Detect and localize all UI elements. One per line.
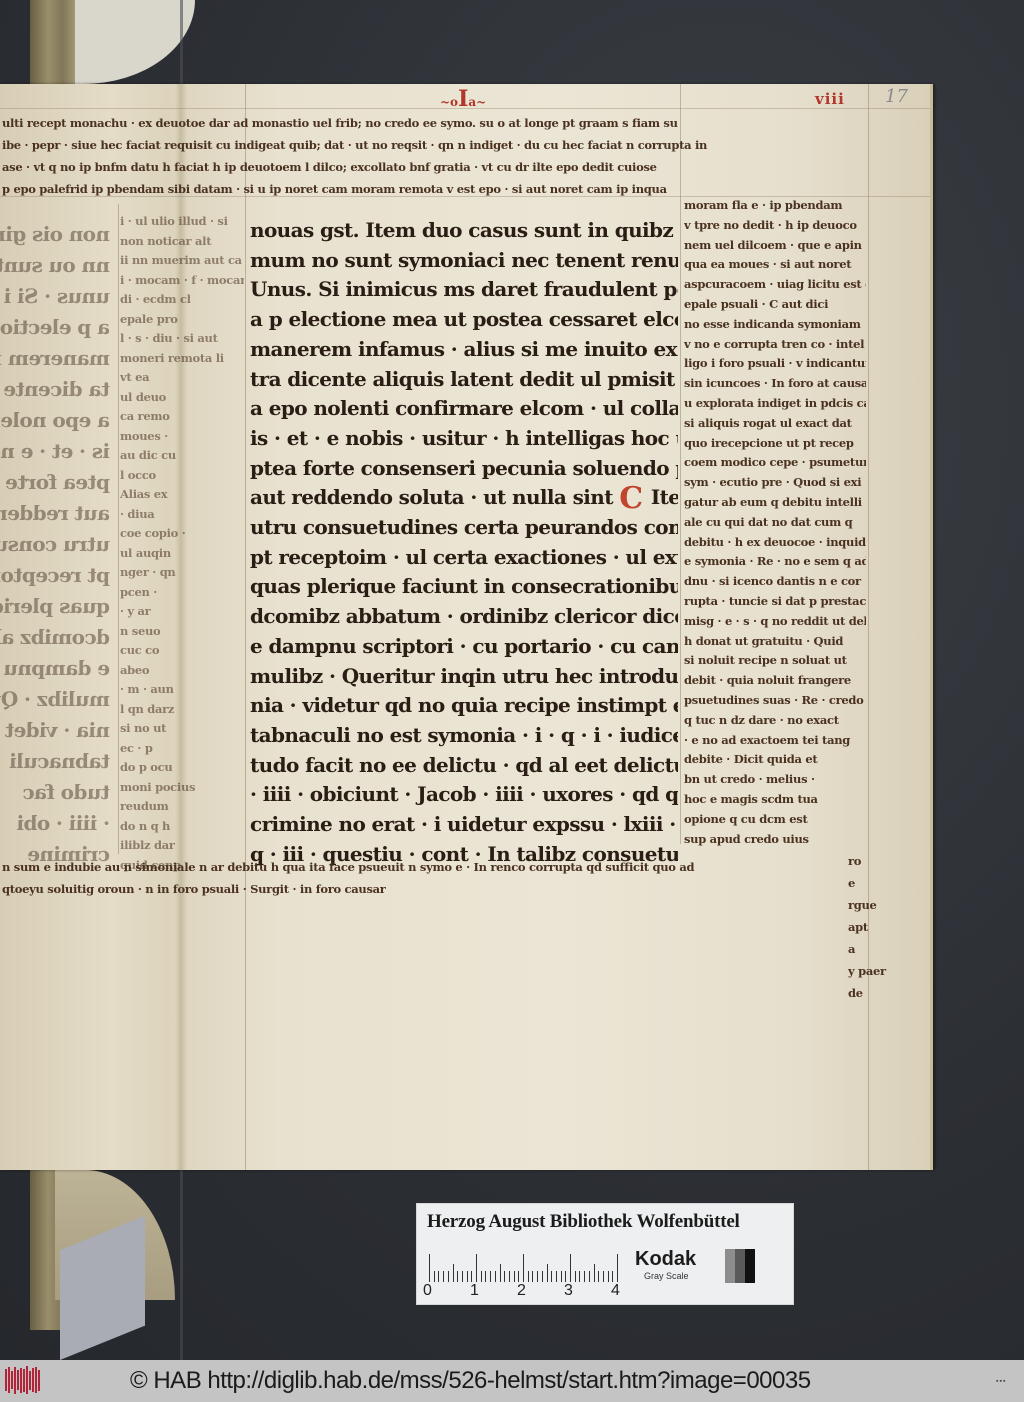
running-head-ornament: ~o [440, 95, 458, 109]
gloss-line: gatur ab eum q debitu intelli [684, 495, 866, 509]
gloss-line: ul deuo [120, 390, 244, 404]
show-through-line: is · et · e nobis [0, 439, 110, 463]
logo-bar [11, 1371, 13, 1389]
ruler-tick [462, 1271, 463, 1282]
ruler-tick [528, 1271, 529, 1282]
logo-bar [32, 1368, 34, 1392]
logo-bar [23, 1369, 25, 1392]
margin-fragment: y paer [848, 964, 888, 978]
show-through-line: nia · videt [0, 718, 110, 742]
gloss-line: si aliquis rogat ul exact dat [684, 416, 866, 430]
ruler-tick [504, 1271, 505, 1282]
logo-bar [20, 1368, 22, 1393]
margin-rule [868, 84, 869, 1170]
margin-fragment: a [848, 942, 888, 956]
running-head: ~oIa~ [440, 86, 486, 112]
margin-fragment: ro [848, 854, 888, 868]
show-through-line: unus · Si i uni [0, 284, 110, 308]
gloss-line: si noluit recipe n soluat ut [684, 653, 866, 667]
gloss-line: di · ecdm cl [120, 292, 244, 306]
gloss-line: q tuc n dz dare · no exact [684, 713, 866, 727]
gloss-line: epale psuali · C aut dici [684, 297, 866, 311]
running-head-ornament: a~ [468, 95, 486, 109]
margin-fragment: apt [848, 920, 888, 934]
ruler-tick [518, 1271, 519, 1282]
gloss-line: debitu · h ex deuocoe · inquid [684, 535, 866, 549]
gloss-line: psuetudines suas · Re · credo [684, 693, 866, 707]
gloss-line: aspcuracoem · uiag licitu est dare [684, 277, 866, 291]
logo-bar [35, 1367, 37, 1393]
ruler-tick [448, 1271, 449, 1282]
ruler-tick [434, 1271, 435, 1282]
gloss-line: ulti recept monachu · ex deuotoe dar ad … [2, 116, 882, 130]
ruler-label: 1 [470, 1282, 479, 1300]
gloss-line: coe copio · [120, 526, 244, 540]
show-through-line: ta dicente a [0, 377, 110, 401]
gloss-line: qua ea moues · si aut noret [684, 257, 866, 271]
gloss-line: do p ocu [120, 760, 244, 774]
ruler-label: 3 [564, 1282, 573, 1300]
show-through-line: utru consuet [0, 532, 110, 556]
gloss-line: u explorata indiget in pdcis cau [684, 396, 866, 410]
ruler-tick [547, 1264, 548, 1282]
gloss-line: do n q h [120, 819, 244, 833]
ruling-line [0, 196, 930, 197]
ruler-tick [500, 1264, 501, 1282]
gloss-line: ase · vt q no ip bnfm datu h faciat h ip… [2, 160, 882, 174]
show-through-line: e dampnu s [0, 656, 110, 680]
gloss-line: n seuo [120, 624, 244, 638]
ruler-tick [598, 1271, 599, 1282]
gloss-line: sup apud credo uius [684, 832, 866, 846]
gloss-line: · y ar [120, 604, 244, 618]
text-line: crimine no erat · i uidetur expssu · lxi… [250, 812, 678, 836]
logo-bar [26, 1366, 28, 1394]
text-line: dcomibz abbatum · ordinibz clericor dice… [250, 604, 678, 628]
show-through-line: nn ou sunt io [0, 253, 110, 277]
gloss-line: debit · quia noluit frangere [684, 673, 866, 687]
text-line: mulibz · Queritur inqin utru hec introdu… [250, 664, 678, 688]
viewer-footer-bar: © HAB http://diglib.hab.de/mss/526-helms… [0, 1360, 1024, 1402]
show-through-line: dcomibz abba [0, 625, 110, 649]
column-rule-right [680, 84, 681, 844]
logo-bar [38, 1370, 40, 1391]
gloss-line: moues · [120, 429, 244, 443]
show-through-line: a p electione mea [0, 315, 110, 339]
gloss-line: ca remo [120, 409, 244, 423]
margin-fragment: rgue [848, 898, 888, 912]
text-line: a p electione mea ut postea cessaret elc… [250, 307, 678, 331]
text-after-initial: Item queri [645, 485, 678, 509]
gloss-line: debite · Dicit quida et [684, 752, 866, 766]
gloss-line: iliblz dar [120, 838, 244, 852]
gloss-line: l qn darz [120, 702, 244, 716]
ruler-tick [457, 1271, 458, 1282]
ruler-tick [594, 1264, 595, 1282]
ruler-tick [467, 1271, 468, 1282]
logo-bar [17, 1370, 19, 1390]
copyright-link[interactable]: © HAB http://diglib.hab.de/mss/526-helms… [130, 1367, 811, 1395]
ruler-tick [481, 1271, 482, 1282]
text-line: pt receptoim · ul certa exactiones · ul … [250, 545, 678, 569]
ruler-tick [603, 1271, 604, 1282]
ruler-tick [438, 1271, 439, 1282]
gloss-line: dnu · si icenco dantis n e cor [684, 574, 866, 588]
gray-patch [745, 1249, 755, 1283]
ruler-tick [589, 1271, 590, 1282]
gray-scale-patches [725, 1249, 755, 1283]
show-through-line: tabnaculi [0, 749, 110, 773]
show-through-line: quas plerique [0, 594, 110, 618]
gloss-line: ale cu qui dat no dat cum q [684, 515, 866, 529]
ruler-labels: 01234 [423, 1282, 633, 1300]
text-line: is · et · e nobis · usitur · h intelliga… [250, 426, 678, 450]
centimeter-ruler [429, 1252, 621, 1282]
ruler-tick [617, 1254, 618, 1282]
text-line: aut reddendo soluta · ut nulla sint C It… [250, 485, 678, 509]
margin-fragment: e [848, 876, 888, 890]
viewer-mini-controls[interactable]: ▪▪▪ [996, 1378, 1006, 1385]
text-line: nia · videtur qd no quia recipe instimpt… [250, 693, 678, 717]
show-through-line: aut reddendo [0, 501, 110, 525]
gloss-line: cuc co [120, 643, 244, 657]
gloss-line: p epo palefrid ip pbendam sibi datam · s… [2, 182, 882, 196]
text-line: Unus. Si inimicus ms daret fraudulent pe… [250, 277, 678, 301]
column-rule-left [245, 84, 246, 1170]
manuscript-folio: ~oIa~ viii 17 ulti recept monachu · ex d… [0, 84, 933, 1170]
gloss-line: ii nn muerim aut ca [120, 253, 244, 267]
show-through-line: a epo nolenti [0, 408, 110, 432]
color-calibration-target: Herzog August Bibliothek Wolfenbüttel 01… [416, 1203, 794, 1305]
show-through-line: tudo fac [0, 780, 110, 804]
ruler-tick [579, 1271, 580, 1282]
gloss-line: ul auqin [120, 546, 244, 560]
ruler-tick [584, 1271, 585, 1282]
gloss-line: opione q cu dcm est [684, 812, 866, 826]
image-viewport[interactable]: ~oIa~ viii 17 ulti recept monachu · ex d… [0, 0, 1024, 1360]
text-line: e dampnu scriptori · cu portario · cu ca… [250, 634, 678, 658]
gray-patch [735, 1249, 745, 1283]
gloss-line: · m · aun [120, 682, 244, 696]
gloss-line: vt ea [120, 370, 244, 384]
ruler-label: 2 [517, 1282, 526, 1300]
margin-fragment: de [848, 986, 888, 1000]
gloss-line: h donat ut gratuitu · Quid [684, 634, 866, 648]
gloss-line: nem uel dilcoem · que e apin [684, 238, 866, 252]
ruler-tick [570, 1254, 571, 1282]
library-name: Herzog August Bibliothek Wolfenbüttel [427, 1211, 740, 1233]
gloss-line: epale pro [120, 312, 244, 326]
pencil-foliation: 17 [885, 86, 908, 107]
previous-leaf-corner [75, 0, 195, 84]
ruler-tick [612, 1271, 613, 1282]
gloss-line: hoc e magis scdm tua [684, 792, 866, 806]
text-line: utru consuetudines certa peurandos conue… [250, 515, 678, 539]
gloss-line: reudum [120, 799, 244, 813]
gloss-line: quo irecepcione ut pt recep [684, 436, 866, 450]
gloss-line: abeo [120, 663, 244, 677]
ruler-label: 0 [423, 1282, 432, 1300]
ruler-tick [453, 1264, 454, 1282]
show-through-line: · iiii · obi [0, 811, 110, 835]
text-line: nouas gst. Item duo casus sunt in quibz … [250, 218, 678, 242]
ruler-tick [523, 1254, 524, 1282]
gloss-line: misg · e · s · q no reddit ut debit [684, 614, 866, 628]
ruler-tick [509, 1271, 510, 1282]
ruler-tick [490, 1271, 491, 1282]
gloss-line: sym · ecutio pre · Quod si exi [684, 475, 866, 489]
gloss-line: · e no ad exactoem tei tang [684, 733, 866, 747]
ruler-tick [471, 1271, 472, 1282]
hab-barcode-logo-icon[interactable] [5, 1366, 47, 1394]
gloss-line: i · mocam · f · mocam [120, 273, 244, 287]
text-line: tra dicente aliquis latent dedit ul pmis… [250, 367, 678, 391]
ruler-label: 4 [611, 1282, 620, 1300]
gloss-line: qtoeyu soluitig oroun · n in foro psuali… [2, 882, 852, 896]
text-line: ptea forte consenseri pecunia soluendo p… [250, 456, 678, 480]
rubricated-initial: C [619, 489, 642, 509]
ruler-tick [537, 1271, 538, 1282]
gloss-line: au dic cu [120, 448, 244, 462]
running-head-letter: I [458, 86, 468, 112]
gloss-line: Alias ex [120, 487, 244, 501]
ruler-tick [514, 1271, 515, 1282]
gloss-line: ibe · pepr · siue hec faciat requisit cu… [2, 138, 882, 152]
gloss-line: l occo [120, 468, 244, 482]
show-through-line: ptea forte cons [0, 470, 110, 494]
text-line: manerem infamus · alius si me inuito ex … [250, 337, 678, 361]
gloss-line: ec · p [120, 741, 244, 755]
gloss-line: · diua [120, 507, 244, 521]
ruler-tick [476, 1254, 477, 1282]
logo-bar [5, 1369, 7, 1391]
logo-bar [14, 1367, 16, 1394]
text-line: · iiii · obiciunt · Jacob · iiii · uxore… [250, 782, 678, 806]
show-through-line: mulibz · Qu [0, 687, 110, 711]
gloss-line: coem modico cepe · psumetur [684, 455, 866, 469]
kodak-brand: Kodak [635, 1248, 696, 1271]
text-line: tabnaculi no est symonia · i · q · i · i… [250, 723, 678, 747]
ruler-tick [542, 1271, 543, 1282]
gloss-line: n sum e indubie au n simoniale n ar debi… [2, 860, 852, 874]
show-through-line: non ois gir · Item duo [0, 222, 110, 246]
gloss-line: v tpre no dedit · h ip deuoco [684, 218, 866, 232]
folio-number: viii [815, 90, 845, 108]
logo-bar [29, 1371, 31, 1390]
gloss-line: v no e corrupta tren co · intel [684, 337, 866, 351]
ruler-tick [556, 1271, 557, 1282]
logo-bar [8, 1367, 10, 1393]
gloss-line: i · ul ulio illud · si [120, 214, 244, 228]
gloss-line: pcen · [120, 585, 244, 599]
gloss-line: ligo i foro psuali · v indicantur [684, 356, 866, 370]
gray-scale-label: Gray Scale [644, 1271, 689, 1281]
ruler-tick [551, 1271, 552, 1282]
ruler-tick [429, 1254, 430, 1282]
gloss-line: moneri remota li [120, 351, 244, 365]
gloss-line: non noticar alt [120, 234, 244, 248]
gloss-line: l · s · diu · si aut [120, 331, 244, 345]
gloss-line: si no ut [120, 721, 244, 735]
ruler-tick [485, 1271, 486, 1282]
gloss-line: moram fla e · ip pbendam [684, 198, 866, 212]
ruler-tick [532, 1271, 533, 1282]
text-line: mum no sunt symoniaci nec tenent renunci… [250, 248, 678, 272]
gloss-rule [118, 204, 119, 854]
text-line: a epo nolenti confirmare elcom · ul coll… [250, 396, 678, 420]
gloss-line: nger · qn [120, 565, 244, 579]
ruler-tick [443, 1271, 444, 1282]
gloss-line: no esse indicanda symoniam [684, 317, 866, 331]
ruler-tick [608, 1271, 609, 1282]
show-through-line: pt receptoim [0, 563, 110, 587]
gloss-line: rupta · tuncie si dat p prestacoe [684, 594, 866, 608]
gloss-line: bn ut credo · melius · [684, 772, 866, 786]
text-line: tudo facit no ee delictu · qd al eet del… [250, 753, 678, 777]
text-line: quas plerique faciunt in consecrationibu… [250, 574, 678, 598]
ruler-tick [565, 1271, 566, 1282]
ruler-tick [561, 1271, 562, 1282]
ruler-tick [575, 1271, 576, 1282]
gray-patch [725, 1249, 735, 1283]
ruler-tick [495, 1271, 496, 1282]
gloss-line: moni pocius [120, 780, 244, 794]
gloss-line: sin icuncoes · In foro at causas [684, 376, 866, 390]
gloss-line: e symonia · Re · no e sem q ad [684, 554, 866, 568]
show-through-line: manerem in fam [0, 346, 110, 370]
